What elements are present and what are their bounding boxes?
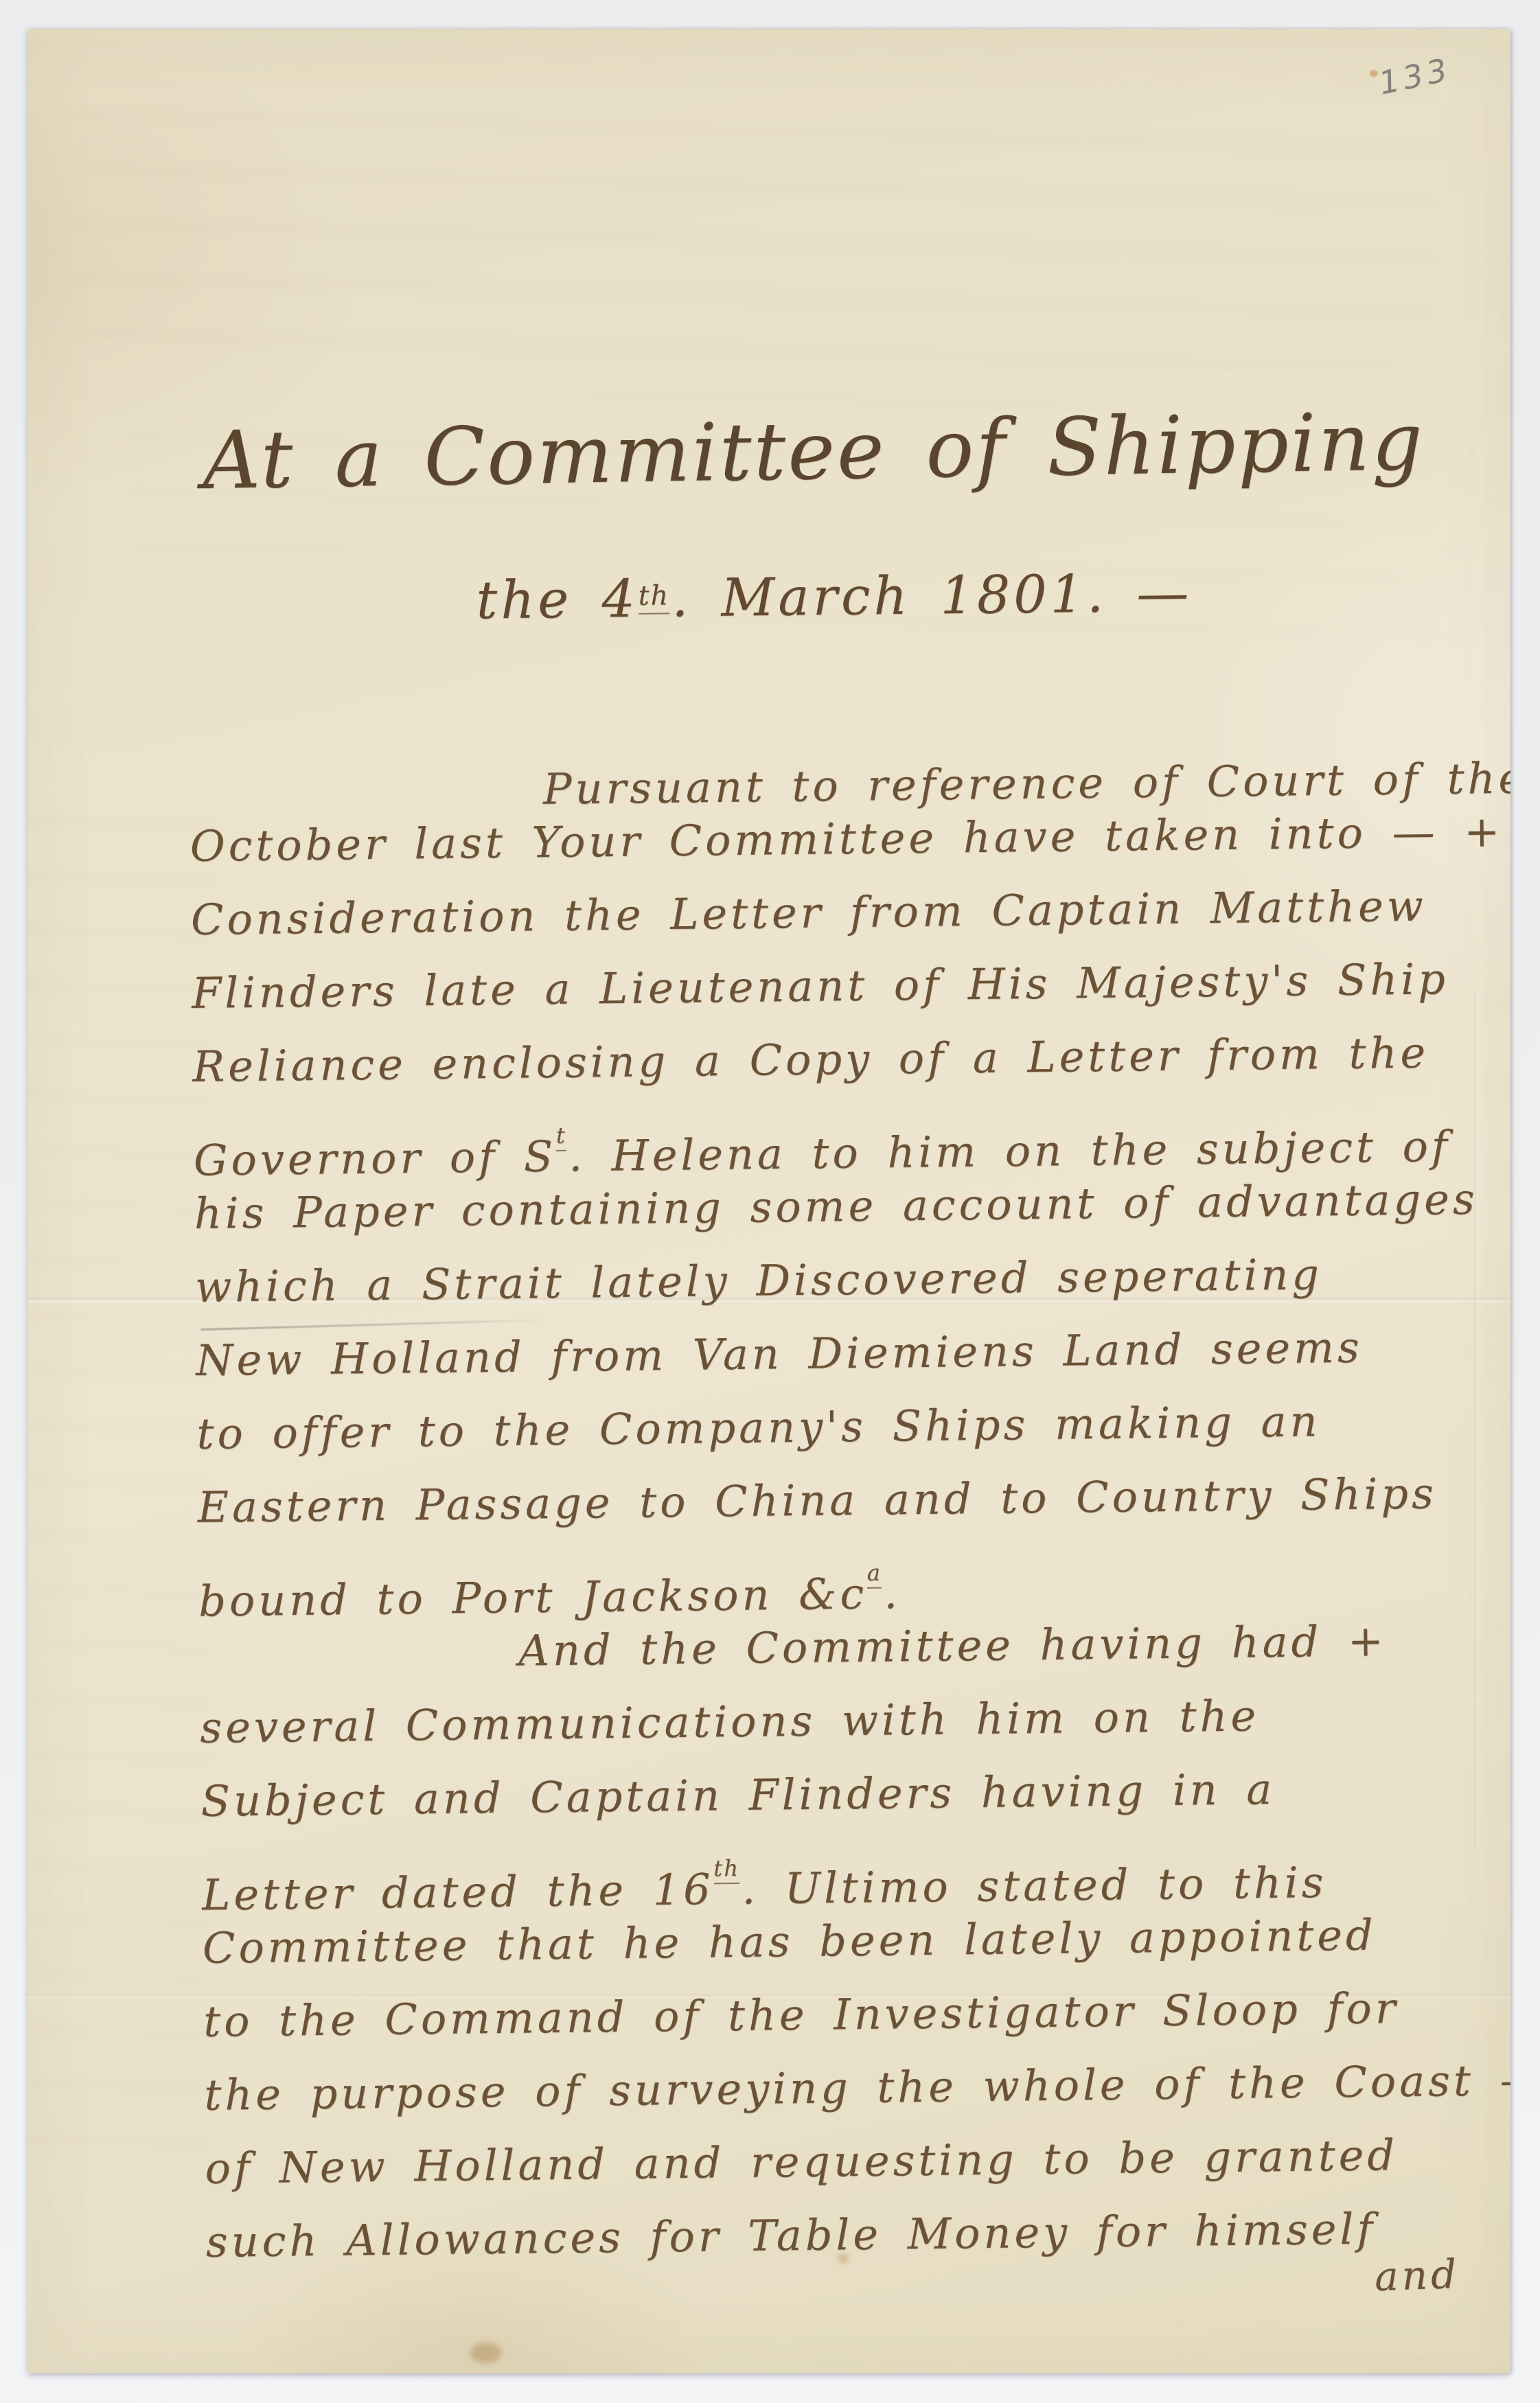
manuscript-line: to the Command of the Investigator Sloop… [203, 1970, 1488, 2058]
manuscript-page: 133 At a Committee of Shipping the 4th. … [27, 29, 1510, 2373]
manuscript-body: Pursuant to reference of Court of the 22… [189, 722, 1490, 2279]
heading-date-line: the 4th. March 1801. — [93, 558, 1510, 635]
paragraph-1: Pursuant to reference of Court of the 22… [189, 722, 1482, 1618]
verso-showthrough [27, 818, 213, 2192]
manuscript-line: to offer to the Company's Ships making a… [196, 1383, 1481, 1471]
manuscript-line: Eastern Passage to China and to Country … [197, 1456, 1482, 1544]
manuscript-line: which a Strait lately Discovered seperat… [194, 1236, 1479, 1324]
verso-showthrough [76, 91, 1435, 386]
manuscript-line: October last Your Committee have taken i… [189, 795, 1474, 883]
manuscript-line: Subject and Captain Flinders having in a [200, 1750, 1485, 1838]
manuscript-line: Governor of St. Helena to him on the sub… [193, 1089, 1478, 1177]
manuscript-line: several Communications with him on the [200, 1677, 1484, 1764]
manuscript-line: New Holland from Van Diemiens Land seems [196, 1309, 1480, 1397]
heading-title: At a Committee of Shipping [71, 393, 1510, 509]
manuscript-line: Pursuant to reference of Court of the 22… [189, 722, 1473, 809]
paper-stain [470, 2343, 502, 2363]
catchword: and [1374, 2251, 1460, 2300]
manuscript-line: Reliance enclosing a Copy of a Letter fr… [192, 1015, 1477, 1103]
folio-number: 133 [1376, 51, 1455, 102]
paragraph-2: And the Committee having had + several C… [199, 1603, 1491, 2279]
manuscript-line: Letter dated the 16th. Ultimo stated to … [201, 1824, 1486, 1911]
manuscript-line: Consideration the Letter from Captain Ma… [190, 869, 1475, 956]
manuscript-line: his Paper containing some account of adv… [194, 1162, 1478, 1250]
manuscript-line: Flinders late a Lieutenant of His Majest… [192, 942, 1476, 1030]
manuscript-line: such Allowances for Table Money for hims… [205, 2191, 1490, 2279]
manuscript-line: of New Holland and requesting to be gran… [205, 2117, 1489, 2205]
scan-backdrop: 133 At a Committee of Shipping the 4th. … [0, 0, 1540, 2403]
manuscript-line: Committee that he has been lately appoin… [202, 1897, 1486, 1985]
manuscript-line: the purpose of surveying the whole of th… [204, 2044, 1489, 2132]
manuscript-line: bound to Port Jackson &ca. [198, 1530, 1482, 1618]
